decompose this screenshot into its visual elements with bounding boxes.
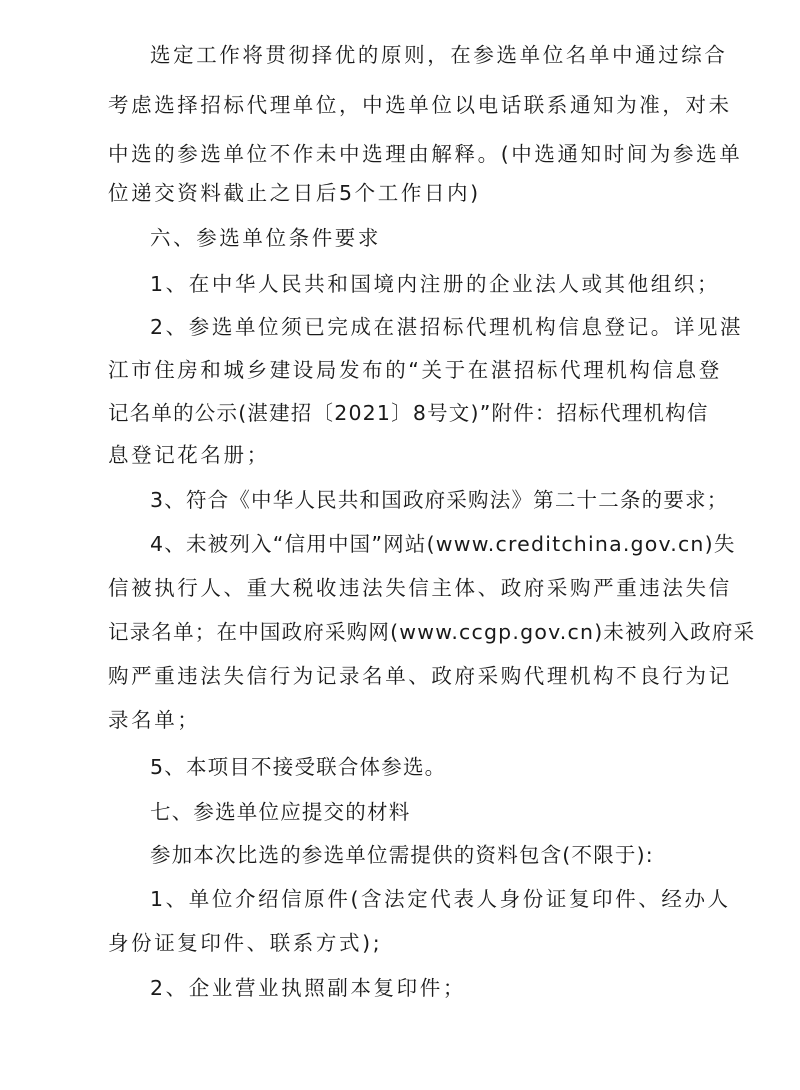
material-item-2: 2、企业营业执照副本复印件； xyxy=(150,976,466,1000)
paragraph-line: 江市住房和城乡建设局发布的“关于在湛招标代理机构信息登 xyxy=(108,358,722,382)
paragraph-line: 录名单； xyxy=(108,708,200,732)
paragraph-line: 息登记花名册； xyxy=(108,443,270,467)
document-page: 选定工作将贯彻择优的原则，在参选单位名单中通过综合 考虑选择招标代理单位，中选单… xyxy=(0,0,800,1090)
requirement-item-4: 4、未被列入“信用中国”网站(www.creditchina.gov.cn)失 xyxy=(150,532,736,556)
requirement-item-5: 5、本项目不接受联合体参选。 xyxy=(150,755,446,779)
paragraph-line: 信被执行人、重大税收违法失信主体、政府采购严重违法失信 xyxy=(108,576,732,600)
paragraph-line: 记录名单；在中国政府采购网(www.ccgp.gov.cn)未被列入政府采 xyxy=(108,620,755,644)
paragraph-line: 位递交资料截止之日后5个工作日内) xyxy=(108,181,481,205)
paragraph-line: 考虑选择招标代理单位，中选单位以电话联系通知为准，对未 xyxy=(108,93,732,117)
paragraph-line: 身份证复印件、联系方式); xyxy=(108,931,382,955)
paragraph-line: 中选的参选单位不作未中选理由解释。(中选通知时间为参选单 xyxy=(108,142,742,166)
requirement-item-2: 2、参选单位须已完成在湛招标代理机构信息登记。详见湛 xyxy=(150,315,743,339)
material-item-1: 1、单位介绍信原件(含法定代表人身份证复印件、经办人 xyxy=(150,887,731,911)
section-heading-7: 七、参选单位应提交的材料 xyxy=(150,800,410,824)
materials-intro: 参加本次比选的参选单位需提供的资料包含(不限于): xyxy=(150,843,654,867)
paragraph-selection-principle: 选定工作将贯彻择优的原则，在参选单位名单中通过综合 xyxy=(150,43,728,67)
paragraph-line: 记名单的公示(湛建招〔2021〕8号文)”附件：招标代理机构信 xyxy=(108,401,709,425)
section-heading-6: 六、参选单位条件要求 xyxy=(150,226,381,250)
requirement-item-1: 1、在中华人民共和国境内注册的企业法人或其他组织； xyxy=(150,272,720,296)
paragraph-line: 购严重违法失信行为记录名单、政府采购代理机构不良行为记 xyxy=(108,664,732,688)
requirement-item-3: 3、符合《中华人民共和国政府采购法》第二十二条的要求； xyxy=(150,488,728,512)
